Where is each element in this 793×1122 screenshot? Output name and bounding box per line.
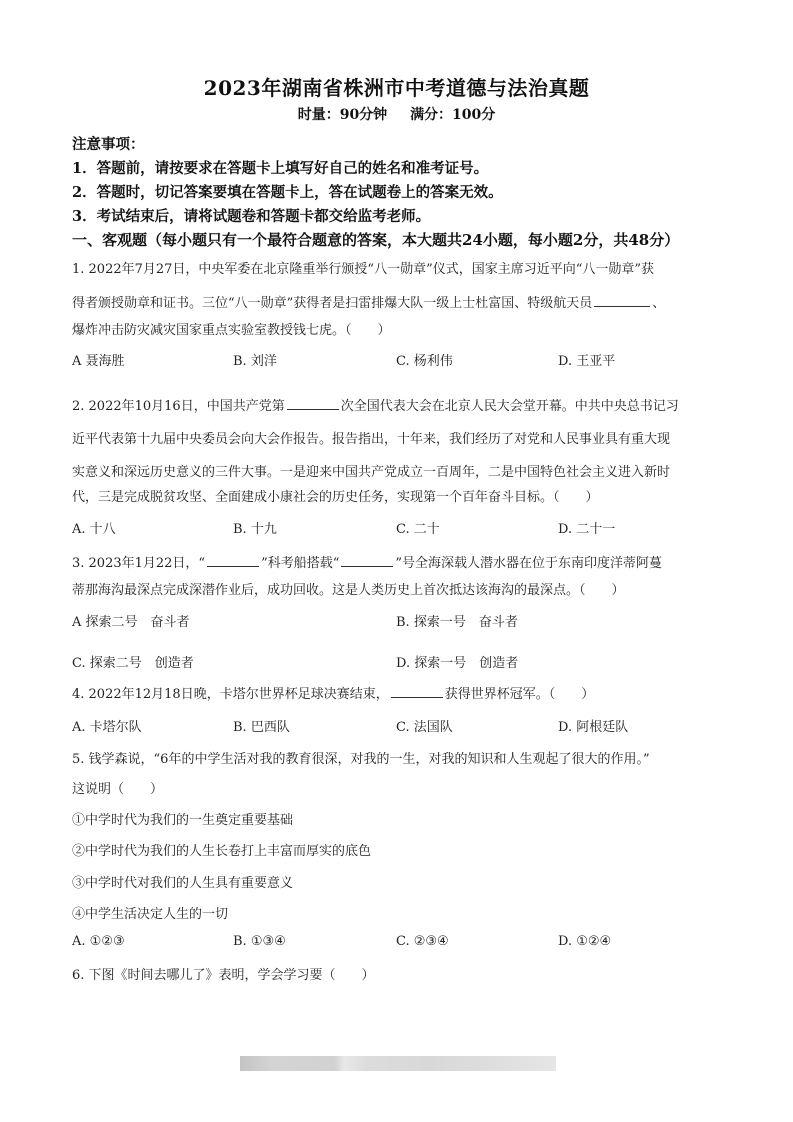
option-c: C. 法国队	[396, 716, 453, 735]
option-b: B. 十九	[233, 518, 277, 537]
question-text: 实意义和深远历史意义的三件大事。一是迎来中国共产党成立一百周年，二是中国特色社会…	[72, 461, 670, 480]
answer-blank	[391, 685, 443, 698]
question-text: 3. 2023年1月22日，“”科考船搭载“”号全海深载人潜水器在位于东南印度洋…	[72, 552, 662, 571]
option-d: D. 二十一	[558, 518, 615, 537]
option-a: A 聂海胜	[72, 350, 125, 369]
answer-blank	[207, 554, 259, 567]
notice-item: 1．答题前，请按要求在答题卡上填写好自己的姓名和准考证号。	[72, 157, 488, 178]
question-text: 4. 2022年12月18日晚，卡塔尔世界杯足球决赛结束，获得世界杯冠军。（ ）	[72, 683, 594, 702]
question-text: 蒂那海沟最深点完成深潜作业后，成功回收。这是人类历史上首次抵达该海沟的最深点。（…	[72, 579, 625, 598]
question-text: 近平代表第十九届中央委员会向大会作报告。报告指出，十年来，我们经历了对党和人民事…	[72, 428, 670, 447]
option-c: C. 探索二号 创造者	[72, 652, 194, 671]
option-a: A. 卡塔尔队	[72, 716, 142, 735]
option-d: D. 探索一号 创造者	[396, 652, 518, 671]
redacted-footer	[240, 1056, 556, 1071]
option-c: C. 杨利伟	[396, 350, 453, 369]
option-d: D. 王亚平	[558, 350, 615, 369]
notice-item: 3．考试结束后，请将试题卷和答题卡都交给监考老师。	[72, 205, 430, 226]
answer-blank	[594, 294, 650, 307]
option-b: B. ①③④	[233, 934, 286, 949]
statement-1: ①中学时代为我们的一生奠定重要基础	[72, 809, 293, 828]
question-text: 得者颁授勋章和证书。三位“八一勋章”获得者是扫雷排爆大队一级上士杜富国、特级航天…	[72, 292, 665, 311]
question-text: 2. 2022年10月16日，中国共产党第次全国代表大会在北京人民大会堂开幕。中…	[72, 395, 679, 414]
option-d: D. 阿根廷队	[558, 716, 628, 735]
answer-blank	[287, 397, 339, 410]
statement-3: ③中学时代对我们的人生具有重要意义	[72, 872, 293, 891]
exam-meta: 时量：90分钟 满分：100分	[0, 104, 793, 124]
notice-heading: 注意事项：	[72, 133, 145, 154]
option-a: A 探索二号 奋斗者	[72, 611, 190, 630]
notice-item: 2．答题时，切记答案要填在答题卡上，答在试题卷上的答案无效。	[72, 181, 503, 202]
option-c: C. 二十	[396, 518, 440, 537]
statement-2: ②中学时代为我们的人生长卷打上丰富而厚实的底色	[72, 840, 371, 859]
option-c: C. ②③④	[396, 934, 449, 949]
exam-duration: 时量：90分钟	[298, 107, 387, 123]
question-text: 1. 2022年7月27日，中央军委在北京隆重举行颁授“八一勋章”仪式，国家主席…	[72, 258, 654, 277]
question-text: 5. 钱学森说，“6年的中学生活对我的教育很深，对我的一生，对我的知识和人生观起…	[72, 748, 650, 767]
question-text: 爆炸冲击防灾减灾国家重点实验室教授钱七虎。（ ）	[72, 319, 391, 338]
answer-blank	[341, 554, 393, 567]
question-text: 代，三是完成脱贫攻坚、全面建成小康社会的历史任务，实现第一个百年奋斗目标。（ ）	[72, 486, 599, 505]
statement-4: ④中学生活决定人生的一切	[72, 903, 228, 922]
page-title: 2023年湖南省株洲市中考道德与法治真题	[0, 72, 793, 101]
exam-full-score: 满分：100分	[410, 107, 495, 123]
option-b: B. 巴西队	[233, 716, 290, 735]
option-a: A. ①②③	[72, 934, 125, 949]
question-text: 这说明（ ）	[72, 778, 163, 797]
option-b: B. 刘洋	[233, 350, 277, 369]
question-text: 6. 下图《时间去哪儿了》表明，学会学习要（ ）	[72, 964, 375, 983]
section-heading: 一、客观题（每小题只有一个最符合题意的答案，本大题共24小题，每小题2分，共48…	[72, 229, 679, 250]
option-b: B. 探索一号 奋斗者	[396, 611, 518, 630]
option-a: A. 十八	[72, 518, 116, 537]
option-d: D. ①②④	[558, 934, 611, 949]
